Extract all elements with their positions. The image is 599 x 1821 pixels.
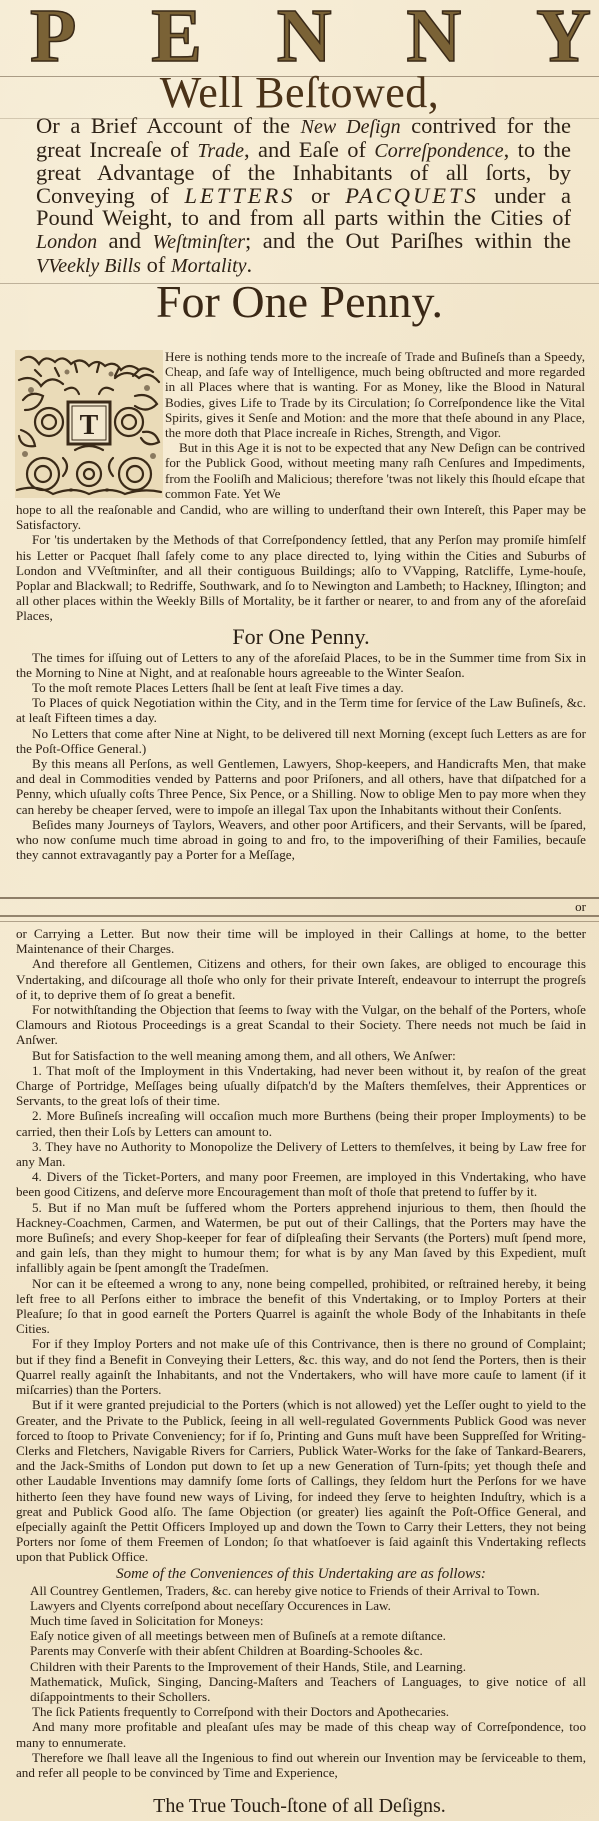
section-two-text: or Carrying a Letter. But now their time… (16, 926, 586, 1780)
subtitle-text: or (295, 183, 345, 208)
conveniences-list: All Countrey Gentlemen, Traders, &c. can… (16, 1583, 586, 1705)
masthead-letter: N (277, 0, 332, 72)
schedule-paragraph: The times for iſſuing out of Letters to … (16, 650, 586, 680)
schedule-paragraph: Beſides many Journeys of Taylors, Weaver… (16, 817, 586, 863)
catchword: or (16, 899, 594, 914)
subtitle-text: of (141, 252, 171, 277)
convenience-item: Children with their Parents to the Impro… (16, 1659, 586, 1674)
intro-wrapped-text: Here is nothing tends more to the increa… (165, 349, 585, 501)
schedule-paragraph: To Places of quick Negotiation within th… (16, 695, 586, 725)
schedule-paragraph: To the moſt remote Places Letters ſhall … (16, 680, 586, 695)
convenience-item: All Countrey Gentlemen, Traders, &c. can… (16, 1583, 586, 1598)
subtitle-text: Or a Brief Account of the (36, 113, 301, 138)
body-paragraph: Nor can it be eſteemed a wrong to any, n… (16, 1276, 586, 1337)
convenience-item: Much time ſaved in Solicitation for Mone… (16, 1613, 586, 1628)
convenience-item: Parents may Converſe with their abſent C… (16, 1643, 586, 1658)
undertaken-paragraph: For 'tis undertaken by the Methods of th… (16, 532, 586, 623)
italic-term: London (36, 231, 97, 253)
subtitle-text: ; and the Out Pariſhes within the (245, 228, 571, 253)
body-paragraph: For notwithſtanding the Objection that ſ… (16, 1002, 586, 1048)
spaced-caps-term: LETTERS (184, 183, 295, 208)
numbered-answer: 3. They have no Authority to Monopolize … (16, 1139, 586, 1169)
convenience-item: Lawyers and Clyents correſpond about nec… (16, 1598, 586, 1613)
schedule-paragraph: No Letters that come after Nine at Night… (16, 726, 586, 756)
closing-paragraph: Therefore we ſhall leave all the Ingenio… (16, 1750, 586, 1780)
body-paragraph: But if it were granted prejudicial to th… (16, 1397, 586, 1564)
woodcut-initial-ornament: T (15, 350, 163, 498)
numbered-answer: 2. More Buſineſs increaſing will occaſio… (16, 1108, 586, 1138)
broadside-page: P E N N Y Well Beſtowed, Or a Brief Acco… (0, 0, 599, 1821)
subtitle-text: . (247, 252, 253, 277)
subtitle-text: , and Eaſe of (244, 137, 374, 162)
intro-paragraph: Here is nothing tends more to the increa… (165, 349, 585, 440)
italic-term: VVeekly Bills (36, 255, 141, 277)
numbered-answer: 5. But if no Man muſt be ſuffered whom t… (16, 1200, 586, 1276)
masthead-penny: P E N N Y (0, 0, 599, 72)
schedule-paragraph: By this means all Perſons, as well Gentl… (16, 756, 586, 817)
italic-term: Mortality (171, 255, 247, 277)
masthead-letter: N (406, 0, 461, 72)
convenience-item: Mathematick, Muſick, Singing, Dancing-Ma… (16, 1674, 586, 1704)
fold-line (0, 915, 599, 917)
price-heading: For One Penny. (0, 278, 599, 326)
numbered-answer: 1. That moſt of the Imployment in this V… (16, 1063, 586, 1109)
body-paragraph: For if they Imploy Porters and not make … (16, 1336, 586, 1397)
closing-paragraph: And many more profitable and pleaſant uſ… (16, 1719, 586, 1749)
drop-cap-letter: T (80, 410, 99, 441)
body-paragraph: or Carrying a Letter. But now their time… (16, 926, 586, 956)
closing-paragraph: The ſick Patients frequently to Correſpo… (16, 1704, 586, 1719)
body-paragraph: But for Satisfaction to the well meaning… (16, 1048, 586, 1063)
intro-paragraph-2: But in this Age it is not to be expected… (165, 440, 585, 501)
subheading: Well Beſtowed, (0, 70, 599, 116)
italic-term: Weſtminſter (152, 231, 245, 253)
italic-term: New Deſign (301, 116, 401, 138)
body-paragraph: And therefore all Gentlemen, Citizens an… (16, 956, 586, 1002)
section-one-text: hope to all the reaſonable and Candid, w… (16, 502, 586, 862)
floral-woodcut-icon: T (15, 350, 163, 498)
final-heading: The True Touch-ſtone of all Deſigns. (0, 1794, 599, 1818)
numbered-answer: 4. Divers of the Ticket-Porters, and man… (16, 1169, 586, 1199)
spaced-caps-term: PACQUETS (345, 183, 479, 208)
masthead-letter: Y (536, 0, 591, 72)
masthead-letter: E (151, 0, 202, 72)
intro-tail: hope to all the reaſonable and Candid, w… (16, 502, 586, 532)
masthead-letter: P (30, 0, 76, 72)
mid-price-heading: For One Penny. (16, 624, 586, 650)
subtitle-text: and (97, 228, 152, 253)
italic-term: Correſpondence (374, 140, 503, 162)
subtitle-block: Or a Brief Account of the New Deſign con… (36, 115, 571, 277)
convenience-item: Eaſy notice given of all meetings betwee… (16, 1628, 586, 1643)
conveniences-heading: Some of the Conveniences of this Underta… (16, 1565, 586, 1583)
italic-term: Trade (197, 140, 244, 162)
fold-line (0, 921, 599, 922)
